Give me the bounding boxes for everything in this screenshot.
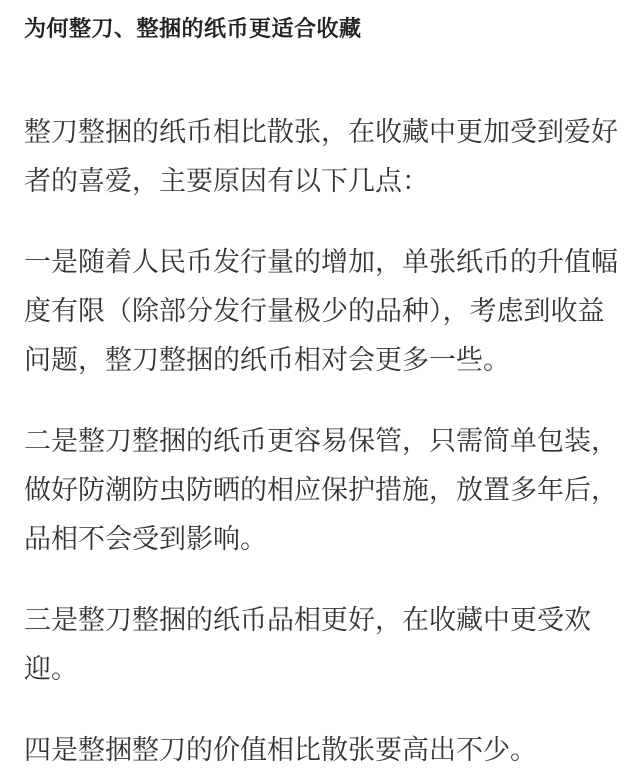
paragraph-line: 迎。: [24, 645, 618, 694]
article-page: 为何整刀、整捆的纸币更适合收藏 整刀整捆的纸币相比散张，在收藏中更加受到爱好者的…: [0, 0, 640, 777]
paragraph-line: 问题，整刀整捆的纸币相对会更多一些。: [24, 336, 618, 385]
paragraph: 三是整刀整捆的纸币品相更好，在收藏中更受欢迎。: [24, 596, 618, 694]
paragraph: 一是随着人民币发行量的增加，单张纸币的升值幅度有限（除部分发行量极少的品种），考…: [24, 238, 618, 385]
paragraph-line: 整刀整捆的纸币相比散张，在收藏中更加受到爱好: [24, 108, 618, 157]
paragraph-line: 度有限（除部分发行量极少的品种），考虑到收益: [24, 287, 618, 336]
paragraph-line: 做好防潮防虫防晒的相应保护措施，放置多年后，: [24, 466, 618, 515]
paragraph-line: 者的喜爱，主要原因有以下几点：: [24, 157, 618, 206]
paragraph-line: 二是整刀整捆的纸币更容易保管，只需简单包装，: [24, 417, 618, 466]
article-title: 为何整刀、整捆的纸币更适合收藏: [24, 14, 618, 44]
paragraph-line: 一是随着人民币发行量的增加，单张纸币的升值幅: [24, 238, 618, 287]
paragraph: 二是整刀整捆的纸币更容易保管，只需简单包装，做好防潮防虫防晒的相应保护措施，放置…: [24, 417, 618, 564]
paragraph-line: 三是整刀整捆的纸币品相更好，在收藏中更受欢: [24, 596, 618, 645]
article-body: 整刀整捆的纸币相比散张，在收藏中更加受到爱好者的喜爱，主要原因有以下几点：一是随…: [24, 108, 618, 775]
paragraph-line: 品相不会受到影响。: [24, 515, 618, 564]
paragraph: 四是整捆整刀的价值相比散张要高出不少。: [24, 726, 618, 775]
paragraph: 整刀整捆的纸币相比散张，在收藏中更加受到爱好者的喜爱，主要原因有以下几点：: [24, 108, 618, 206]
paragraph-line: 四是整捆整刀的价值相比散张要高出不少。: [24, 726, 618, 775]
